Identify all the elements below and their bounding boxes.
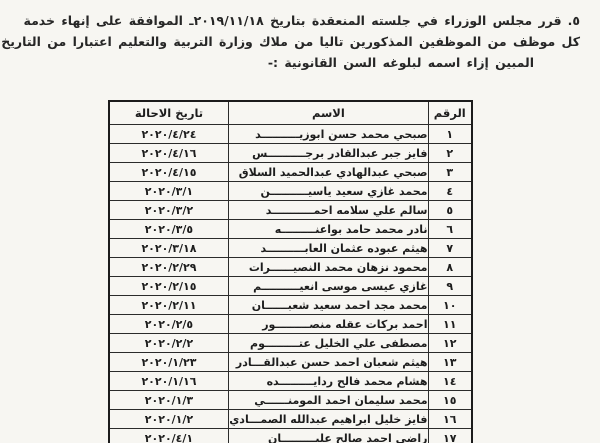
table-row: ١٧ راضي احمد صالح عليـــــــــان ٢٠٢٠/٤/…: [109, 429, 472, 443]
decision-line-3: المبين إزاء اسمه لبلوغه السن القانونية :…: [24, 52, 534, 73]
table-row: ١٤ هشام محمد فالح ردايـــــــــده ٢٠٢٠/١…: [109, 372, 472, 391]
row-date-cell: ٢٠٢٠/٣/٢: [109, 201, 229, 220]
row-name-cell: هيثم شعبان احمد حسن عبدالقـــادر: [229, 353, 428, 372]
table-row: ٧ هيثم عبوده عثمان العابــــــــــد ٢٠٢٠…: [109, 239, 472, 258]
table-row: ٨ محمود نزهان محمد النصيــــــرات ٢٠٢٠/٢…: [109, 258, 472, 277]
row-date-cell: ٢٠٢٠/٤/٢٤: [109, 125, 229, 144]
row-number-cell: ٩: [428, 277, 472, 296]
row-date-cell: ٢٠٢٠/٤/١: [109, 429, 229, 443]
table-row: ٣ صبحي عبدالهادي عبدالحميد السلاق ٢٠٢٠/٤…: [109, 163, 472, 182]
table-header-row: الرقم الاسم تاريخ الاحالة: [109, 101, 472, 125]
date-header-cell: تاريخ الاحالة: [109, 101, 229, 125]
row-name-cell: صبحي عبدالهادي عبدالحميد السلاق: [229, 163, 428, 182]
row-number-cell: ١٤: [428, 372, 472, 391]
table-row: ١١ احمد بركات عقله منصـــــــــور ٢٠٢٠/٢…: [109, 315, 472, 334]
row-date-cell: ٢٠٢٠/١/٢٣: [109, 353, 229, 372]
row-number-cell: ٣: [428, 163, 472, 182]
table-row: ١٣ هيثم شعبان احمد حسن عبدالقـــادر ٢٠٢٠…: [109, 353, 472, 372]
row-number-cell: ١٧: [428, 429, 472, 443]
row-name-cell: محمود نزهان محمد النصيــــــرات: [229, 258, 428, 277]
table-row: ٤ محمد غازي سعيد ياسيــــــــــن ٢٠٢٠/٣/…: [109, 182, 472, 201]
decision-item-number: ٥.: [568, 10, 580, 31]
row-date-cell: ٢٠٢٠/٣/١٨: [109, 239, 229, 258]
row-name-cell: محمد غازي سعيد ياسيــــــــــن: [229, 182, 428, 201]
row-name-cell: نادر محمد حامد بواعنـــــــــه: [229, 220, 428, 239]
row-date-cell: ٢٠٢٠/٤/١٥: [109, 163, 229, 182]
decision-line-1: ٥.قرر مجلس الوزراء في جلسته المنعقدة بتا…: [24, 10, 580, 31]
number-header-cell: الرقم: [428, 101, 472, 125]
row-name-cell: هيثم عبوده عثمان العابــــــــــد: [229, 239, 428, 258]
retirement-table: الرقم الاسم تاريخ الاحالة ١ صبحي محمد حس…: [108, 100, 473, 443]
table-row: ١٦ فايز خليل ابراهيم عبدالله الصمـــادي …: [109, 410, 472, 429]
row-name-cell: محمد سليمان احمد المومنــــــي: [229, 391, 428, 410]
row-number-cell: ١٢: [428, 334, 472, 353]
row-number-cell: ١٠: [428, 296, 472, 315]
row-date-cell: ٢٠٢٠/١/٣: [109, 391, 229, 410]
row-number-cell: ٧: [428, 239, 472, 258]
row-name-cell: محمد مجد احمد سعيد شعبــــــان: [229, 296, 428, 315]
row-name-cell: فايز جبر عبدالقادر برجــــــــــس: [229, 144, 428, 163]
row-date-cell: ٢٠٢٠/٤/١٦: [109, 144, 229, 163]
table-row: ٢ فايز جبر عبدالقادر برجــــــــــس ٢٠٢٠…: [109, 144, 472, 163]
row-date-cell: ٢٠٢٠/٢/١١: [109, 296, 229, 315]
row-name-cell: راضي احمد صالح عليـــــــــان: [229, 429, 428, 443]
decision-line-2: كل موظف من الموظفين المذكورين تاليا من م…: [24, 31, 580, 52]
row-date-cell: ٢٠٢٠/٢/٢٩: [109, 258, 229, 277]
row-number-cell: ١٦: [428, 410, 472, 429]
table-row: ١٥ محمد سليمان احمد المومنــــــي ٢٠٢٠/١…: [109, 391, 472, 410]
row-number-cell: ١٣: [428, 353, 472, 372]
row-number-cell: ١١: [428, 315, 472, 334]
row-number-cell: ٦: [428, 220, 472, 239]
table-body: ١ صبحي محمد حسن ابوزيــــــــــد ٢٠٢٠/٤/…: [109, 125, 472, 443]
row-date-cell: ٢٠٢٠/١/١٦: [109, 372, 229, 391]
row-number-cell: ٨: [428, 258, 472, 277]
table-row: ١٠ محمد مجد احمد سعيد شعبــــــان ٢٠٢٠/٢…: [109, 296, 472, 315]
row-name-cell: احمد بركات عقله منصـــــــــور: [229, 315, 428, 334]
row-name-cell: غازي عيسى موسى انعيــــــــــم: [229, 277, 428, 296]
row-name-cell: هشام محمد فالح ردايـــــــــده: [229, 372, 428, 391]
retirement-table-container: الرقم الاسم تاريخ الاحالة ١ صبحي محمد حس…: [108, 100, 473, 443]
table-row: ٦ نادر محمد حامد بواعنـــــــــه ٢٠٢٠/٣/…: [109, 220, 472, 239]
row-date-cell: ٢٠٢٠/١/٢: [109, 410, 229, 429]
table-row: ١ صبحي محمد حسن ابوزيــــــــــد ٢٠٢٠/٤/…: [109, 125, 472, 144]
row-date-cell: ٢٠٢٠/٢/٥: [109, 315, 229, 334]
decision-line-1-text: قرر مجلس الوزراء في جلسته المنعقدة بتاري…: [23, 13, 561, 28]
row-date-cell: ٢٠٢٠/٢/١٥: [109, 277, 229, 296]
row-name-cell: مصطفى علي الخليل عتـــــــــوم: [229, 334, 428, 353]
table-row: ١٢ مصطفى علي الخليل عتـــــــــوم ٢٠٢٠/٢…: [109, 334, 472, 353]
table-head: الرقم الاسم تاريخ الاحالة: [109, 101, 472, 125]
row-number-cell: ١: [428, 125, 472, 144]
row-number-cell: ٢: [428, 144, 472, 163]
row-number-cell: ١٥: [428, 391, 472, 410]
row-date-cell: ٢٠٢٠/٢/٢: [109, 334, 229, 353]
row-name-cell: سالم علي سلامه احمـــــــــــد: [229, 201, 428, 220]
decision-paragraph: ٥.قرر مجلس الوزراء في جلسته المنعقدة بتا…: [24, 10, 580, 73]
name-header-cell: الاسم: [229, 101, 428, 125]
row-number-cell: ٥: [428, 201, 472, 220]
row-date-cell: ٢٠٢٠/٣/١: [109, 182, 229, 201]
row-number-cell: ٤: [428, 182, 472, 201]
row-date-cell: ٢٠٢٠/٣/٥: [109, 220, 229, 239]
table-row: ٩ غازي عيسى موسى انعيــــــــــم ٢٠٢٠/٢/…: [109, 277, 472, 296]
row-name-cell: فايز خليل ابراهيم عبدالله الصمـــادي: [229, 410, 428, 429]
scanned-document-page: ٥.قرر مجلس الوزراء في جلسته المنعقدة بتا…: [0, 0, 600, 443]
table-row: ٥ سالم علي سلامه احمـــــــــــد ٢٠٢٠/٣/…: [109, 201, 472, 220]
row-name-cell: صبحي محمد حسن ابوزيــــــــــد: [229, 125, 428, 144]
